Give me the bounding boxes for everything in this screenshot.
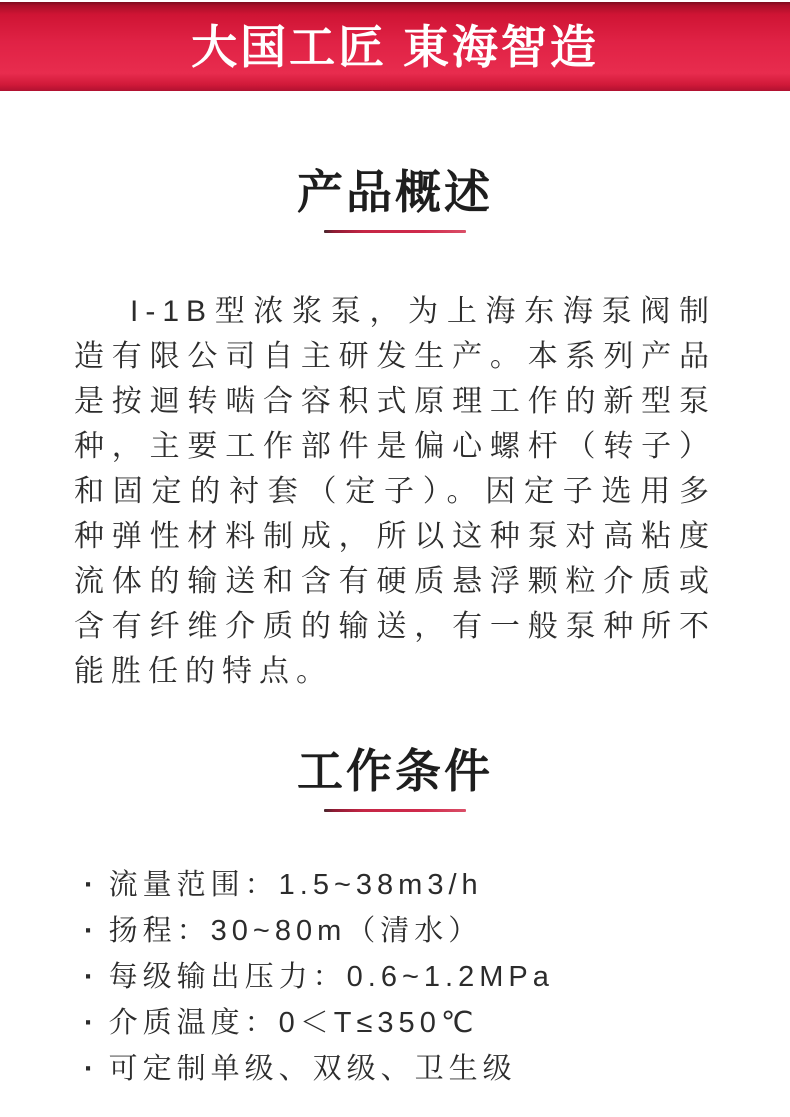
bullet-dot: · <box>84 1046 99 1092</box>
banner-title: 大国工匠 東海智造 <box>191 24 599 70</box>
list-item: · 扬程：30~80m（清水） <box>84 908 770 954</box>
list-item-text-stage-pressure: 每级输出压力：0.6~1.2MPa <box>109 954 554 1000</box>
bullet-dot: · <box>84 862 99 908</box>
product-detail-page: 大国工匠 東海智造 产品概述 I-1B型浓浆泵，为上海东海泵阀制造有限公司自主研… <box>0 2 790 1092</box>
bullet-dot: · <box>84 908 99 954</box>
list-item-text-flow-range: 流量范围：1.5~38m3/h <box>109 862 483 908</box>
list-item-text-customization: 可定制单级、双级、卫生级 <box>109 1046 517 1092</box>
overview-section-title: 产品概述 <box>0 169 790 215</box>
section-working-conditions: 工作条件 · 流量范围：1.5~38m3/h · 扬程：30~80m（清水） ·… <box>0 694 790 1092</box>
title-underline <box>324 809 466 812</box>
list-item: · 流量范围：1.5~38m3/h <box>84 862 770 908</box>
list-item: · 每级输出压力：0.6~1.2MPa <box>84 954 770 1000</box>
header-banner: 大国工匠 東海智造 <box>0 2 790 91</box>
overview-paragraph: I-1B型浓浆泵，为上海东海泵阀制造有限公司自主研发生产。本系列产品是按迴转啮合… <box>74 289 716 694</box>
list-item-text-head: 扬程：30~80m（清水） <box>109 908 483 954</box>
list-item-text-medium-temp: 介质温度：0＜T≤350℃ <box>109 1000 479 1046</box>
bullet-dot: · <box>84 1000 99 1046</box>
conditions-section-title: 工作条件 <box>0 748 790 794</box>
title-underline <box>324 230 466 233</box>
list-item: · 介质温度：0＜T≤350℃ <box>84 1000 770 1046</box>
conditions-list: · 流量范围：1.5~38m3/h · 扬程：30~80m（清水） · 每级输出… <box>0 862 790 1092</box>
bullet-dot: · <box>84 954 99 1000</box>
list-item: · 可定制单级、双级、卫生级 <box>84 1046 770 1092</box>
section-product-overview: 产品概述 I-1B型浓浆泵，为上海东海泵阀制造有限公司自主研发生产。本系列产品是… <box>0 91 790 694</box>
